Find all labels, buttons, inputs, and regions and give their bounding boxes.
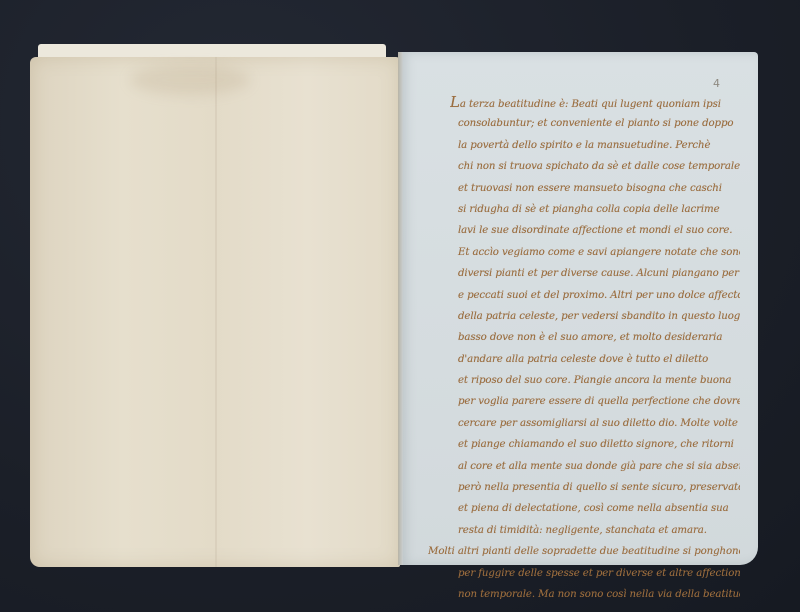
manuscript-line: diversi pianti et per diverse cause. Alc… — [450, 263, 740, 284]
binding-gutter — [398, 52, 403, 565]
manuscript-line: si ridugha di sè et piangha colla copia … — [450, 199, 740, 220]
manuscript-line: et truovasi non essere mansueto bisogna … — [450, 178, 740, 199]
manuscript-line: chi non si truova spichato da sè et dall… — [450, 156, 740, 177]
manuscript-line: e peccati suoi et del proximo. Altri per… — [450, 285, 740, 306]
manuscript-text: La terza beatitudine è: Beati qui lugent… — [450, 92, 740, 605]
manuscript-line: Molti altri pianti delle sopradette due … — [428, 541, 740, 562]
manuscript-line: La terza beatitudine è: Beati qui lugent… — [450, 92, 740, 113]
manuscript-line: cercare per assomigliarsi al suo diletto… — [450, 413, 740, 434]
manuscript-line: della patria celeste, per vedersi sbandi… — [450, 306, 740, 327]
left-page-fold-crease — [215, 57, 217, 567]
right-page-recto: 4 La terza beatitudine è: Beati qui luge… — [400, 52, 758, 565]
manuscript-line: però nella presentia di quello si sente … — [450, 477, 740, 498]
manuscript-line: consolabuntur; et conveniente el pianto … — [450, 113, 740, 134]
left-page-verso — [30, 57, 400, 567]
manuscript-line: resta di timidità: negligente, stanchata… — [450, 520, 740, 541]
manuscript-line: non temporale. Ma non sono così nella vi… — [450, 584, 740, 605]
left-page-stain — [130, 65, 250, 95]
manuscript-line: lavi le sue disordinate affectione et mo… — [450, 220, 740, 241]
manuscript-line: et piena di delectatione, così come nell… — [450, 498, 740, 519]
manuscript-line: d'andare alla patria celeste dove è tutt… — [450, 349, 740, 370]
manuscript-line: per fuggire delle spesse et per diverse … — [450, 563, 740, 584]
folio-number: 4 — [713, 77, 720, 90]
manuscript-line: basso dove non è el suo amore, et molto … — [450, 327, 740, 348]
manuscript-line: al core et alla mente sua donde già pare… — [450, 456, 740, 477]
manuscript-line: et riposo del suo core. Piangie ancora l… — [450, 370, 740, 391]
manuscript-line: Et accìo vegiamo come e savi apiangere n… — [450, 242, 740, 263]
manuscript-line: et piange chiamando el suo diletto signo… — [450, 434, 740, 455]
manuscript-line: per voglia parere essere di quella perfe… — [450, 391, 740, 412]
manuscript-line: la povertà dello spirito e la mansuetudi… — [450, 135, 740, 156]
